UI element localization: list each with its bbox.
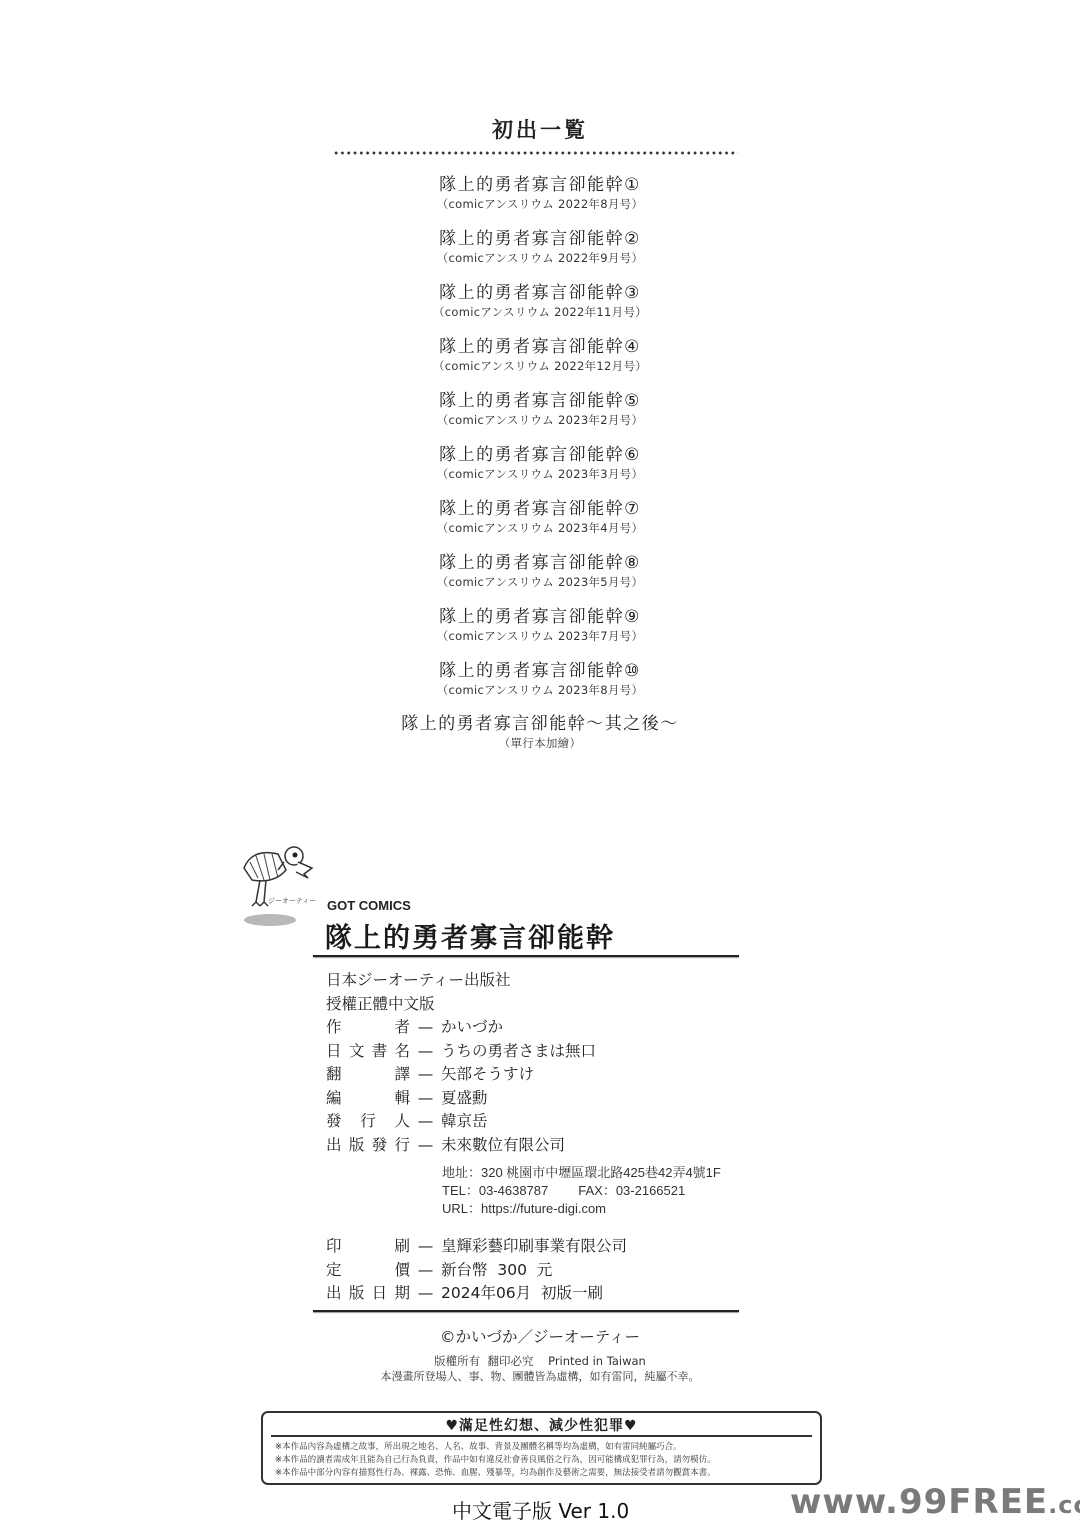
address: 地址：320 桃園市中壢區環北路425巷42弄4號1F	[442, 1164, 721, 1182]
dash: —	[410, 1087, 441, 1111]
warning-box: ♥滿足性幻想、減少性犯罪♥ ※本作品內容為虛構之故事，所出現之地名、人名、故事、…	[261, 1411, 822, 1485]
list-item: 隊上的勇者寡言卻能幹～其之後～（單行本加繪）	[0, 713, 1080, 751]
entry-source: （comicアンスリウム 2022年11月号）	[0, 304, 1080, 320]
dash: —	[410, 1282, 441, 1306]
row-value: 皇輝彩藝印刷事業有限公司	[441, 1235, 627, 1259]
entry-title: 隊上的勇者寡言卻能幹④	[0, 336, 1080, 358]
warning-line: ※本作品的讀者需成年且能為自己行為負責，作品中如有違反社會善良風俗之行為，因可能…	[275, 1453, 716, 1465]
entry-source: （comicアンスリウム 2023年3月号）	[0, 466, 1080, 482]
list-item: 隊上的勇者寡言卻能幹⑩（comicアンスリウム 2023年8月号）	[0, 660, 1080, 698]
entry-title: 隊上的勇者寡言卻能幹⑩	[0, 660, 1080, 682]
website-url: URL：https://future-digi.com	[442, 1200, 606, 1218]
dash: —	[410, 1259, 441, 1283]
entry-title: 隊上的勇者寡言卻能幹①	[0, 174, 1080, 196]
row-value: 新台幣 300 元	[441, 1259, 552, 1283]
list-item: 隊上的勇者寡言卻能幹③（comicアンスリウム 2022年11月号）	[0, 282, 1080, 320]
watermark-tld: .cc	[1048, 1491, 1080, 1519]
dash: —	[410, 1063, 441, 1087]
fax: FAX：03-2166521	[578, 1183, 685, 1198]
list-item: 隊上的勇者寡言卻能幹⑨（comicアンスリウム 2023年7月号）	[0, 606, 1080, 644]
dash: —	[410, 1016, 441, 1040]
row-price: 定價 — 新台幣 300 元	[326, 1259, 627, 1283]
list-item: 隊上的勇者寡言卻能幹①（comicアンスリウム 2022年8月号）	[0, 174, 1080, 212]
row-publish-date: 出版日期 — 2024年06月 初版一刷	[326, 1282, 627, 1306]
license-text: 授權正體中文版	[326, 993, 435, 1017]
entry-title: 隊上的勇者寡言卻能幹③	[0, 282, 1080, 304]
colophon-details: 日本ジーオーティー出版社 授權正體中文版 作者 — かいづか 日文書名 — うち…	[326, 969, 596, 1157]
entry-title: 隊上的勇者寡言卻能幹⑤	[0, 390, 1080, 412]
title-rule-divider	[313, 955, 739, 957]
row-distributor: 出版發行 — 未來數位有限公司	[326, 1134, 596, 1158]
book-title: 隊上的勇者寡言卻能幹	[325, 916, 615, 955]
entry-source: （comicアンスリウム 2023年4月号）	[0, 520, 1080, 536]
entry-title: 隊上的勇者寡言卻能幹②	[0, 228, 1080, 250]
row-value: 韓京岳	[441, 1110, 488, 1134]
row-value: うちの勇者さまは無口	[441, 1040, 596, 1064]
entry-source: （comicアンスリウム 2023年5月号）	[0, 574, 1080, 590]
page-heading: 初出一覧	[0, 114, 1080, 144]
license-line: 授權正體中文版	[326, 993, 596, 1017]
colophon-details-2: 印刷 — 皇輝彩藝印刷事業有限公司 定價 — 新台幣 300 元 出版日期 — …	[326, 1235, 627, 1306]
row-key: 印刷	[326, 1235, 410, 1259]
row-key: 定價	[326, 1259, 410, 1283]
phone-fax-line: TEL：03-4638787FAX：03-2166521	[442, 1182, 685, 1200]
entry-title: 隊上的勇者寡言卻能幹⑨	[0, 606, 1080, 628]
list-item: 隊上的勇者寡言卻能幹④（comicアンスリウム 2022年12月号）	[0, 336, 1080, 374]
entry-title: 隊上的勇者寡言卻能幹⑧	[0, 552, 1080, 574]
row-value: 2024年06月 初版一刷	[441, 1282, 603, 1306]
list-item: 隊上的勇者寡言卻能幹⑦（comicアンスリウム 2023年4月号）	[0, 498, 1080, 536]
phone: TEL：03-4638787	[442, 1183, 548, 1198]
row-original-title: 日文書名 — うちの勇者さまは無口	[326, 1040, 596, 1064]
svg-text:ジーオーティー: ジーオーティー	[268, 897, 316, 905]
row-translator: 翻譯 — 矢部そうすけ	[326, 1063, 596, 1087]
publisher-origin: 日本ジーオーティー出版社	[326, 969, 510, 993]
entry-title: 隊上的勇者寡言卻能幹～其之後～	[0, 713, 1080, 735]
dotted-divider	[333, 150, 738, 156]
list-item: 隊上的勇者寡言卻能幹②（comicアンスリウム 2022年9月号）	[0, 228, 1080, 266]
row-value: かいづか	[441, 1016, 503, 1040]
warning-divider	[271, 1435, 812, 1437]
row-publisher-person: 發行人 — 韓京岳	[326, 1110, 596, 1134]
row-key: 出版發行	[326, 1134, 410, 1158]
row-key: 發行人	[326, 1110, 410, 1134]
entry-title: 隊上的勇者寡言卻能幹⑦	[0, 498, 1080, 520]
warning-title: ♥滿足性幻想、減少性犯罪♥	[263, 1415, 820, 1435]
rights-notice: 版權所有 翻印必究 Printed in Taiwan	[0, 1353, 1080, 1369]
row-key: 出版日期	[326, 1282, 410, 1306]
row-value: 矢部そうすけ	[441, 1063, 534, 1087]
dash: —	[410, 1040, 441, 1064]
fiction-notice: 本漫畫所登場人、事、物、團體皆為虛構，如有雷同，純屬不幸。	[0, 1368, 1080, 1384]
list-item: 隊上的勇者寡言卻能幹⑥（comicアンスリウム 2023年3月号）	[0, 444, 1080, 482]
imprint-label: GOT COMICS	[327, 898, 411, 913]
row-author: 作者 — かいづか	[326, 1016, 596, 1040]
warning-line: ※本作品中部分內容有描寫性行為、裸露、恐怖、血腥、殘暴等，均為創作及藝術之需要，…	[275, 1466, 716, 1478]
entry-title: 隊上的勇者寡言卻能幹⑥	[0, 444, 1080, 466]
watermark: www.99FREE.cc	[790, 1482, 1080, 1522]
publisher-line: 日本ジーオーティー出版社	[326, 969, 596, 993]
copyright-notice: ©かいづか／ジーオーティー	[0, 1325, 1080, 1347]
row-value: 未來數位有限公司	[441, 1134, 565, 1158]
row-key: 編輯	[326, 1087, 410, 1111]
entry-source: （comicアンスリウム 2022年9月号）	[0, 250, 1080, 266]
entry-source: （comicアンスリウム 2023年8月号）	[0, 682, 1080, 698]
warning-line: ※本作品內容為虛構之故事，所出現之地名、人名、故事、背景及團體名稱等均為虛構，如…	[275, 1440, 682, 1452]
watermark-main: www.99FREE	[790, 1482, 1048, 1522]
entry-source: （comicアンスリウム 2023年2月号）	[0, 412, 1080, 428]
version-label: 中文電子版 Ver 1.0	[452, 1495, 629, 1524]
list-item: 隊上的勇者寡言卻能幹⑧（comicアンスリウム 2023年5月号）	[0, 552, 1080, 590]
bottom-rule-divider	[313, 1310, 739, 1312]
entry-source: （單行本加繪）	[0, 735, 1080, 751]
list-item: 隊上的勇者寡言卻能幹⑤（comicアンスリウム 2023年2月号）	[0, 390, 1080, 428]
row-key: 日文書名	[326, 1040, 410, 1064]
row-printer: 印刷 — 皇輝彩藝印刷事業有限公司	[326, 1235, 627, 1259]
dash: —	[410, 1110, 441, 1134]
publisher-bird-logo-icon: ジーオーティー	[238, 840, 320, 930]
dash: —	[410, 1235, 441, 1259]
entry-source: （comicアンスリウム 2023年7月号）	[0, 628, 1080, 644]
entry-source: （comicアンスリウム 2022年8月号）	[0, 196, 1080, 212]
row-key: 作者	[326, 1016, 410, 1040]
entry-source: （comicアンスリウム 2022年12月号）	[0, 358, 1080, 374]
row-editor: 編輯 — 夏盛勳	[326, 1087, 596, 1111]
row-value: 夏盛勳	[441, 1087, 488, 1111]
dash: —	[410, 1134, 441, 1158]
row-key: 翻譯	[326, 1063, 410, 1087]
